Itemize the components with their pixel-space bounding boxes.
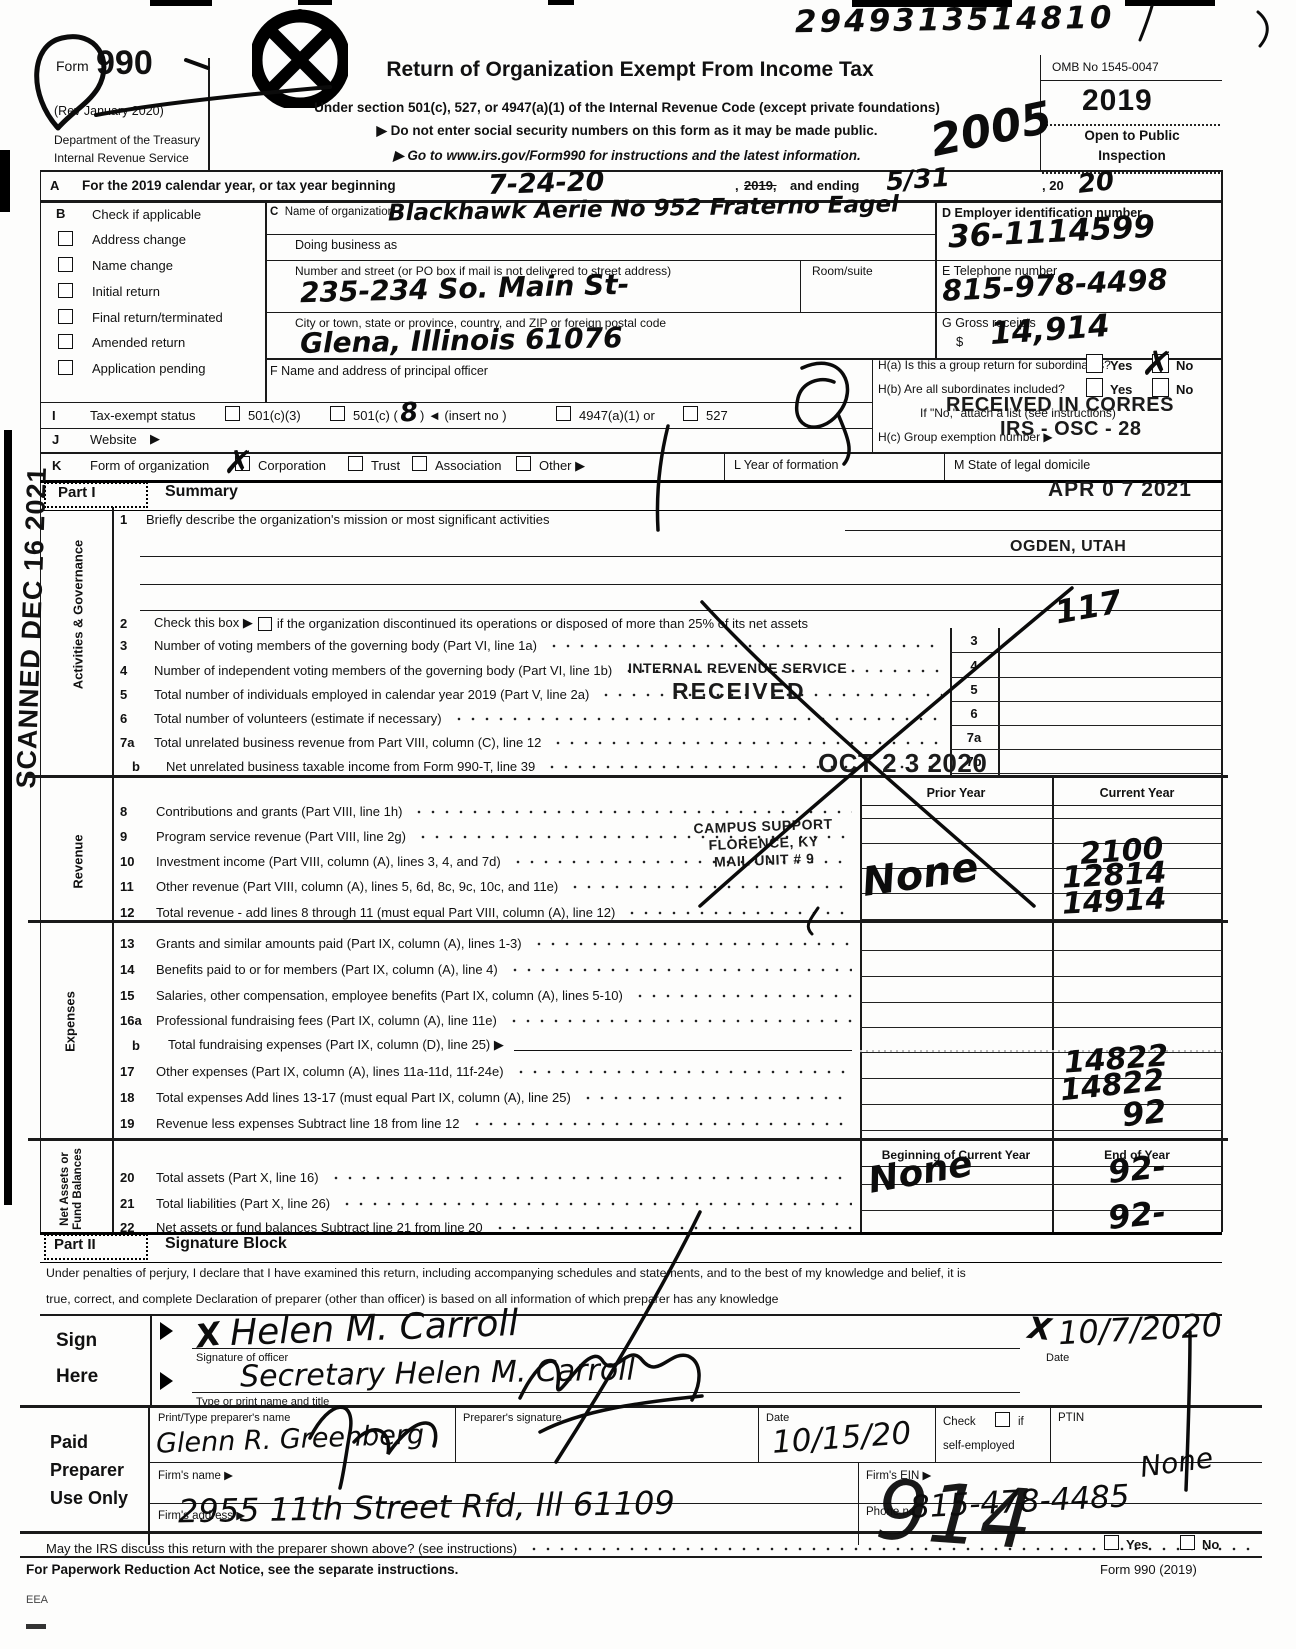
prep-date-label: Date [766, 1412, 789, 1424]
row-numbox: 7a [950, 725, 998, 750]
dot-leader [493, 1225, 852, 1231]
line-a-text: For the 2019 calendar year, or tax year … [82, 178, 396, 193]
row-num: 20 [112, 1170, 156, 1185]
perjury-line1: Under penalties of perjury, I declare th… [46, 1266, 1222, 1280]
ha-yes-checkbox[interactable] [1086, 354, 1103, 373]
part1-title: Summary [165, 483, 238, 501]
summary-line: 15 Salaries, other compensation, employe… [112, 978, 1222, 1003]
4947a1-label: 4947(a)(1) or [579, 408, 655, 423]
inspection: Inspection [1048, 148, 1216, 163]
preparer-sig-label: Preparer's signature [463, 1412, 562, 1424]
row-label: Total revenue - add lines 8 through 11 (… [156, 905, 615, 920]
dot-leader [470, 1121, 852, 1127]
4947a1-checkbox[interactable] [556, 406, 571, 421]
prior-cell [860, 1003, 1052, 1028]
row-num: 16a [112, 1013, 156, 1028]
form-subtitle: Under section 501(c), 527, or 4947(a)(1)… [222, 100, 1032, 115]
discuss-yes-label: Yes [1126, 1537, 1148, 1552]
line-j-letter: J [52, 432, 59, 447]
preparer-date-value: 10/15/20 [771, 1415, 912, 1461]
tax-year-end-year: 20 [1077, 166, 1116, 200]
row-numbox: 5 [950, 677, 998, 702]
scan-artifact [26, 1624, 46, 1629]
dot-leader [568, 884, 852, 890]
line-a-20: , 20 [1042, 178, 1064, 193]
signature-line [192, 1348, 1020, 1349]
paperwork-notice: For Paperwork Reduction Act Notice, see … [26, 1562, 458, 1577]
dot-leader [507, 1018, 852, 1024]
gross-receipts-value: 14,914 [989, 308, 1111, 352]
org-name-label: C Name of organization [270, 206, 394, 218]
grid-line [265, 260, 1222, 261]
dot-leader [551, 740, 942, 746]
grid-line [265, 200, 267, 402]
ha-label: H(a) Is this a group return for subordin… [878, 358, 1111, 372]
received-corres-stamp: RECEIVED IN CORRES [946, 394, 1174, 417]
prior-cell [860, 794, 1052, 819]
checkbox-label: Address change [92, 232, 186, 247]
row-value-cell [998, 701, 1222, 726]
501c-close-label: ) ◄ (insert no ) [420, 408, 507, 423]
row-label: Other revenue (Part VIII, column (A), li… [156, 879, 558, 894]
summary-line: 18 Total expenses Add lines 13-17 (must … [112, 1080, 1222, 1105]
association-label: Association [435, 458, 501, 473]
thick-separator [28, 920, 1228, 923]
dot-leader [329, 1175, 852, 1181]
dln-scan-number: 2949313514810 [795, 0, 1115, 40]
omb-box-line [1040, 80, 1222, 81]
527-label: 527 [706, 408, 728, 423]
row-label: Net unrelated business taxable income fr… [166, 759, 535, 774]
summary-line: 6 Total number of volunteers (estimate i… [112, 701, 1222, 726]
row-label: Total fundraising expenses (Part IX, col… [168, 1037, 504, 1053]
prep-grid [148, 1462, 1262, 1463]
dot-leader [514, 1069, 852, 1075]
scan-artifact [150, 0, 212, 6]
row-label: Number of voting members of the governin… [154, 638, 537, 653]
dollar-sign: $ [956, 334, 963, 349]
line-a-letter: A [50, 178, 59, 193]
dot-leader [508, 967, 852, 973]
dot-leader [532, 941, 852, 947]
handwritten-914: 914 [873, 1463, 1036, 1569]
sign-col-line [150, 1316, 152, 1405]
initial-return-checkbox[interactable] [58, 283, 73, 298]
line-i-letter: I [52, 408, 56, 423]
trust-label: Trust [371, 458, 400, 473]
row-num: 19 [112, 1116, 156, 1131]
row-value-cell [998, 749, 1222, 774]
open-to-public: Open to Public [1048, 128, 1216, 143]
website-arrow-icon: ▶ [150, 431, 160, 447]
summary-line: b Total fundraising expenses (Part IX, c… [112, 1028, 1222, 1053]
firm-name-label: Firm's name ▶ [158, 1468, 233, 1482]
tax-year-begin-value: 7-24-20 [487, 166, 604, 201]
row-num: 15 [112, 988, 156, 1003]
ptin-label: PTIN [1058, 1412, 1084, 1424]
501c3-checkbox[interactable] [225, 406, 240, 421]
prep-grid [758, 1408, 759, 1462]
dba-label: Doing business as [295, 238, 397, 252]
checkbox-label: Name change [92, 258, 173, 273]
row-num: 9 [112, 829, 156, 844]
501c-label: 501(c) ( [353, 408, 398, 423]
summary-line: 17 Other expenses (Part IX, column (A), … [112, 1054, 1222, 1079]
header-bottom-line [40, 170, 1222, 172]
final-return-checkbox[interactable] [58, 309, 73, 324]
write-line [845, 530, 1222, 531]
row-num: 5 [112, 687, 154, 702]
501c3-label: 501(c)(3) [248, 408, 301, 423]
prior-cell [860, 926, 1052, 951]
summary-line: 13 Grants and similar amounts paid (Part… [112, 926, 1222, 951]
summary-line: 11 Other revenue (Part VIII, column (A),… [112, 869, 1222, 894]
row-num: 10 [112, 854, 156, 869]
prep-grid [455, 1408, 456, 1462]
other-label: Other ▶ [539, 458, 585, 474]
firm-ein-value: None [1138, 1441, 1215, 1484]
row-num: 13 [112, 936, 156, 951]
row-label: Contributions and grants (Part VIII, lin… [156, 804, 402, 819]
prior-cell [860, 952, 1052, 977]
dot-leader [340, 1201, 852, 1207]
write-line [140, 584, 1222, 585]
form-footer: Form 990 (2019) [1100, 1562, 1197, 1577]
discuss-yes-checkbox[interactable] [1104, 1535, 1119, 1550]
ha-no-label: No [1176, 358, 1193, 373]
sidebar-expenses: Expenses [63, 912, 78, 1132]
line20-end-value: 92- [1106, 1147, 1167, 1191]
row-label: Program service revenue (Part VIII, line… [156, 829, 406, 844]
checkbox-label: Amended return [92, 335, 185, 350]
tax-year: 2019 [1082, 84, 1153, 118]
box-b-letter: B [56, 206, 65, 221]
c-letter: C [270, 206, 278, 218]
line-a-2019: 2019, [744, 178, 777, 193]
summary-line: b Net unrelated business taxable income … [112, 749, 1222, 774]
row-label: Total liabilities (Part X, line 26) [156, 1196, 330, 1211]
date-x-mark: X [1026, 1311, 1053, 1348]
apr-2021-stamp: APR 0 7 2021 [1048, 478, 1192, 502]
row-num: 8 [112, 804, 156, 819]
summary-line: 14 Benefits paid to or for members (Part… [112, 952, 1222, 977]
prior-cell [860, 1106, 1052, 1131]
row-num: 18 [112, 1090, 156, 1105]
scan-artifact [0, 150, 10, 212]
box-b-title: Check if applicable [92, 207, 201, 222]
blank-write-line [514, 1040, 852, 1051]
prep-grid [935, 1408, 936, 1462]
c-name-label-text: Name of organization [285, 206, 394, 218]
dot-leader [633, 993, 852, 999]
ssn-warning: ▶ Do not enter social security numbers o… [222, 123, 1032, 139]
firm-name-arrow-icon: ▶ [224, 1470, 233, 1482]
row-label: Grants and similar amounts paid (Part IX… [156, 936, 522, 951]
row-num: b [112, 759, 166, 774]
website-label: Website [90, 432, 137, 447]
summary-line: 5 Total number of individuals employed i… [112, 677, 1222, 702]
self-employed-checkbox[interactable] [995, 1412, 1010, 1427]
perjury-line2: true, correct, and complete Declaration … [46, 1292, 1222, 1306]
prior-cell [860, 1080, 1052, 1105]
here-label: Here [56, 1366, 98, 1388]
form-revision: (Rev January 2020) [54, 104, 164, 118]
line-k-letter: K [52, 458, 61, 473]
address-change-checkbox[interactable] [58, 231, 73, 246]
form-number: 990 [96, 44, 153, 83]
row-label: Revenue less expenses Subtract line 18 f… [156, 1116, 460, 1131]
check-label: Check [943, 1416, 976, 1428]
hb-no-label: No [1176, 382, 1193, 397]
header-divider [208, 58, 210, 170]
row-num: 14 [112, 962, 156, 977]
part2-title: Signature Block [165, 1235, 287, 1253]
grid-line [724, 452, 725, 480]
firm-name-text: Firm's name [158, 1470, 221, 1482]
summary-line: 7a Total unrelated business revenue from… [112, 725, 1222, 750]
prior-cell [860, 819, 1052, 844]
line1-label: Briefly describe the organization's miss… [146, 512, 549, 527]
form-of-org-label: Form of organization [90, 458, 209, 473]
current-cell [1052, 978, 1222, 1003]
row-num: 3 [112, 638, 154, 653]
current-cell [1052, 1003, 1222, 1028]
prior-cell [860, 1054, 1052, 1079]
corporation-label: Corporation [258, 458, 326, 473]
preparer-name-value: Glenn R. Greenberg [156, 1419, 425, 1459]
city-value: Glena, Illinois 61076 [300, 321, 623, 360]
summary-line: 10 Investment income (Part VIII, column … [112, 844, 1222, 869]
discuss-no-checkbox[interactable] [1180, 1535, 1195, 1550]
part1-label: Part I [58, 484, 96, 501]
row-label: Total unrelated business revenue from Pa… [154, 735, 541, 750]
may-discuss-text: May the IRS discuss this return with the… [20, 1541, 517, 1556]
may-discuss-row: May the IRS discuss this return with the… [20, 1532, 1262, 1556]
grid-line [265, 234, 935, 235]
typed-name-line [192, 1392, 1020, 1393]
insert-no-value: 8 [399, 397, 420, 428]
discuss-no-label: No [1202, 1537, 1219, 1552]
summary-line: 21 Total liabilities (Part X, line 26) [112, 1186, 1222, 1211]
dot-leader [625, 910, 852, 916]
eea-label: EEA [26, 1594, 48, 1606]
form-word: Form [56, 58, 89, 74]
row-numbox: 4 [950, 653, 998, 678]
row-label: Benefits paid to or for members (Part IX… [156, 962, 498, 977]
row-num: b [112, 1038, 168, 1053]
scan-artifact [1125, 0, 1215, 6]
dot-leader [412, 809, 852, 815]
summary-line: 12 Total revenue - add lines 8 through 1… [112, 895, 1222, 920]
527-checkbox[interactable] [683, 406, 698, 421]
use-only-label: Use Only [50, 1488, 128, 1509]
preparer-label: Preparer [50, 1460, 124, 1481]
summary-line: 16a Professional fundraising fees (Part … [112, 1003, 1222, 1028]
irs-received-stamp-line1: INTERNAL REVENUE SERVICE [628, 660, 847, 676]
line1-num: 1 [120, 512, 127, 527]
self-employed-label: self-employed [943, 1440, 1015, 1452]
campus-support-stamp: CAMPUS SUPPORT FLORENCE, KY MAIL UNIT # … [693, 816, 834, 872]
grid-line [40, 452, 1222, 454]
dot-leader [452, 716, 942, 722]
row-label: Number of independent voting members of … [154, 663, 612, 678]
501c-checkbox[interactable] [330, 406, 345, 421]
checkbox-label: Application pending [92, 361, 205, 376]
summary-line: 8 Contributions and grants (Part VIII, l… [112, 794, 1222, 819]
irs-received-stamp-line2: RECEIVED [672, 678, 806, 705]
row-numbox: 3 [950, 628, 998, 653]
org-name-value: Blackhawk Aerie No 952 Fraterno Eagel [388, 192, 899, 227]
row-label: Total number of individuals employed in … [154, 687, 589, 702]
prior-cell [860, 1028, 1052, 1053]
scan-artifact [548, 0, 574, 5]
grid-line [944, 452, 945, 480]
tax-exempt-status-label: Tax-exempt status [90, 408, 196, 423]
ha-yes-label: Yes [1110, 358, 1132, 373]
prep-grid [148, 1408, 150, 1545]
principal-officer-label: F Name and address of principal officer [270, 364, 488, 378]
line-a-comma: , [735, 178, 739, 193]
row-label: Total expenses Add lines 13-17 (must equ… [156, 1090, 571, 1105]
application-pending-checkbox[interactable] [58, 360, 73, 375]
row-num: 21 [112, 1196, 156, 1211]
scanned-stamp: SCANNED DEC 16 2021 [11, 457, 54, 798]
row-label: Total number of volunteers (estimate if … [154, 711, 442, 726]
row-label: Total assets (Part X, line 16) [156, 1170, 319, 1185]
row-value-cell [998, 725, 1222, 750]
grid-line [40, 402, 872, 403]
checkbox-label: Final return/terminated [92, 310, 223, 325]
form-990-scan: 2949313514810 Form 990 (Rev January 2020… [0, 0, 1296, 1649]
corporation-x-mark: ✗ [222, 442, 255, 485]
row-label: Investment income (Part VIII, column (A)… [156, 854, 501, 869]
scan-artifact [4, 430, 12, 1205]
row-label: Professional fundraising fees (Part IX, … [156, 1013, 497, 1028]
line19-current-value: 92 [1120, 1092, 1168, 1134]
officer-date-value: 10/7/2020 [1057, 1306, 1223, 1353]
line12-current-value: 14914 [1061, 881, 1167, 921]
row-num: 4 [112, 663, 154, 678]
row-value-cell [998, 628, 1222, 653]
summary-line: 3 Number of voting members of the govern… [112, 628, 1222, 653]
paid-label: Paid [50, 1432, 88, 1453]
omb-number: OMB No 1545-0047 [1052, 60, 1159, 74]
grid-line [40, 428, 872, 429]
here-arrow-icon [160, 1372, 173, 1390]
thick-separator [20, 1405, 1262, 1408]
scan-artifact [298, 0, 332, 5]
current-cell [1052, 794, 1222, 819]
checkbox-label: Initial return [92, 284, 160, 299]
grid-line [935, 200, 937, 358]
sign-arrow-icon [160, 1322, 173, 1340]
row-num: 6 [112, 711, 154, 726]
row-label: Other expenses (Part IX, column (A), lin… [156, 1064, 504, 1079]
trust-checkbox[interactable] [348, 456, 363, 471]
line22-end-value: 92- [1106, 1193, 1167, 1237]
form-title: Return of Organization Exempt From Incom… [230, 58, 1030, 82]
row-num: 12 [112, 905, 156, 920]
row-value-cell [998, 653, 1222, 678]
row-numbox: 6 [950, 701, 998, 726]
name-change-checkbox[interactable] [58, 257, 73, 272]
thick-separator [28, 1138, 1228, 1141]
year-of-formation-label: L Year of formation [734, 458, 838, 472]
prep-grid [1050, 1408, 1051, 1462]
footer-line [20, 1556, 1262, 1558]
state-domicile-label: M State of legal domicile [954, 458, 1090, 472]
date-label: Date [1046, 1352, 1069, 1364]
dept-treasury: Department of the Treasury [54, 133, 200, 147]
association-checkbox[interactable] [412, 456, 427, 471]
summary-line: 20 Total assets (Part X, line 16) [112, 1160, 1222, 1185]
go-to-url: ▶ Go to www.irs.gov/Form990 for instruct… [222, 148, 1032, 164]
current-cell [1052, 952, 1222, 977]
grid-line [800, 260, 801, 312]
line-a-and-ending: and ending [790, 178, 859, 193]
row-value-cell [998, 677, 1222, 702]
amended-return-checkbox[interactable] [58, 334, 73, 349]
irs-label: Internal Revenue Service [54, 151, 189, 165]
row-num: 7a [112, 735, 154, 750]
typed-name-title: Secretary Helen M. Carroll [240, 1353, 635, 1395]
row-label: Salaries, other compensation, employee b… [156, 988, 623, 1003]
received-corres-stamp2: IRS - OSC - 28 [1000, 418, 1141, 441]
current-cell [1052, 926, 1222, 951]
write-line [140, 556, 1222, 557]
sign-label: Sign [56, 1330, 97, 1352]
dot-leader [547, 643, 942, 649]
sidebar-activities-governance: Activities & Governance [71, 505, 86, 725]
dot-leader [581, 1095, 852, 1101]
ogden-stamp: OGDEN, UTAH [1010, 538, 1126, 556]
preparer-name-label: Print/Type preparer's name [158, 1412, 290, 1424]
part2-label: Part II [54, 1236, 96, 1253]
thick-separator [28, 775, 1228, 778]
row-num: 17 [112, 1064, 156, 1079]
oct-2020-stamp: OCT 2 3 2020 [818, 748, 987, 779]
room-suite-label: Room/suite [812, 264, 873, 278]
row-num: 11 [112, 879, 156, 894]
other-checkbox[interactable] [516, 456, 531, 471]
officer-signature: Helen M. Carroll [229, 1303, 519, 1354]
grid-line [872, 358, 873, 454]
officer-x-mark: X [193, 1314, 223, 1355]
prior-cell [860, 978, 1052, 1003]
summary-line: 9 Program service revenue (Part VIII, li… [112, 819, 1222, 844]
summary-line: 19 Revenue less expenses Subtract line 1… [112, 1106, 1222, 1131]
if-label: if [1018, 1416, 1024, 1428]
firm-address-value: 2955 11th Street Rfd, Ill 61109 [178, 1484, 675, 1531]
